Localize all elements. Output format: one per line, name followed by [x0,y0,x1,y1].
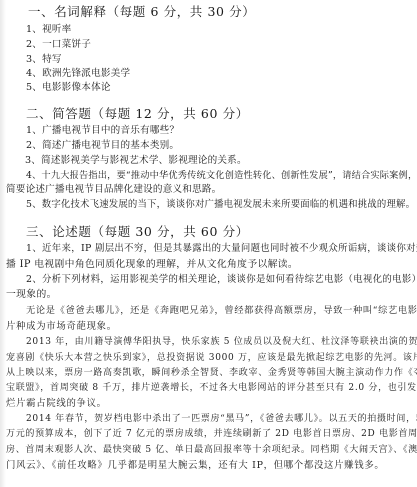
term-item: 1、视听率 [26,23,71,36]
exam-page: 一、名词解释（每题 6 分，共 30 分） 1、视听率 2、一口菜饼子 3、特写… [0,0,417,487]
material-line: 从上映以来，票房一路高奏凯歌，瞬间秒杀全智贤、李政宰、金秀贤等韩国大腕主演动作力… [6,367,417,380]
scan-edge-shadow [0,0,6,487]
material-line: 无论是《爸爸去哪儿》，还是《奔跑吧兄弟》，曾经都获得高额票房，导致一种叫“综艺电… [26,304,417,317]
material-line: 烂片霸占院线的争议。 [6,397,107,410]
question-item: 1、广播电视节目中的音乐有哪些？ [26,124,179,137]
essay-question-line: 2、分析下列材料，运用影视美学的相关理论，谈谈你是如何看待综艺电影（电视化的电影… [26,273,417,286]
material-line: 门风云》、《前任攻略》几乎都是明星大腕云集，还有大 IP，但哪个都没这片赚钱多。 [6,459,384,472]
term-item: 3、特写 [26,53,62,66]
material-line: 宠喜剧《快乐大本营之快乐到家》，总投资据说 3000 万，应该是最先掀起综艺电影… [6,352,417,365]
material-line: 宝联盟》，首周突破 8 千万，排片逆袭增长，不过各大电影网站的评分甚至只有 2.… [6,382,417,395]
term-item: 4、欧洲先锋派电影美学 [26,67,130,80]
section-heading-essay: 三、论述题（每题 30 分，共 60 分） [26,224,249,240]
section-heading-short-answer: 二、简答题（每题 12 分，共 60 分） [26,106,249,122]
material-line: 2013 年，由川籍导演傅华阳执导，快乐家族 5 位成员以及倪大红、杜汶泽等联袂… [26,336,417,349]
section-heading-terms: 一、名词解释（每题 6 分，共 30 分） [28,4,255,20]
material-line: 万元的预算成本，创下了近 7 亿元的票房成绩，并连续刷新了 2D 电影首日票房、… [6,428,417,441]
term-item: 2、一口菜饼子 [26,38,91,51]
material-line: 片种成为市场奇葩现象。 [6,320,117,333]
question-item-continuation: 简要论述广播电视节目品牌化建设的意义和思路。 [6,183,221,196]
question-item: 5、数字化技术飞速发展的当下，谈谈你对广播电视发展未来所要面临的机遇和挑战的理解… [26,198,415,211]
essay-question-line: 播 IP 电视剧中角色同质化现象的理解，并从文化角度予以解读。 [6,258,298,271]
material-line: 2014 年春节，贺岁档电影中杀出了一匹票房“黑马”，《爸爸去哪儿》。以五天的拍… [26,413,417,426]
question-item: 3、简述影视美学与影视艺术学、影视理论的关系。 [25,154,247,167]
question-item: 4、十九大报告指出，要“推动中华优秀传统文化创造性转化、创新性发展”，请结合实际… [26,169,417,182]
essay-question-line: 1、近年来，IP 剧层出不穷，但是其暴露出的大量问题也同时被不少观众所诟病，谈谈… [26,242,417,255]
question-item: 2、简述广播电视节目的基本类别。 [26,139,179,152]
essay-question-line: 一现象的。 [6,288,57,301]
material-line: 房、首周末观影人次、最快突破 5 亿、单日最高回报率等十余项纪录。同档期《大闹天… [6,444,417,457]
term-item: 5、电影影像本体论 [26,81,111,94]
